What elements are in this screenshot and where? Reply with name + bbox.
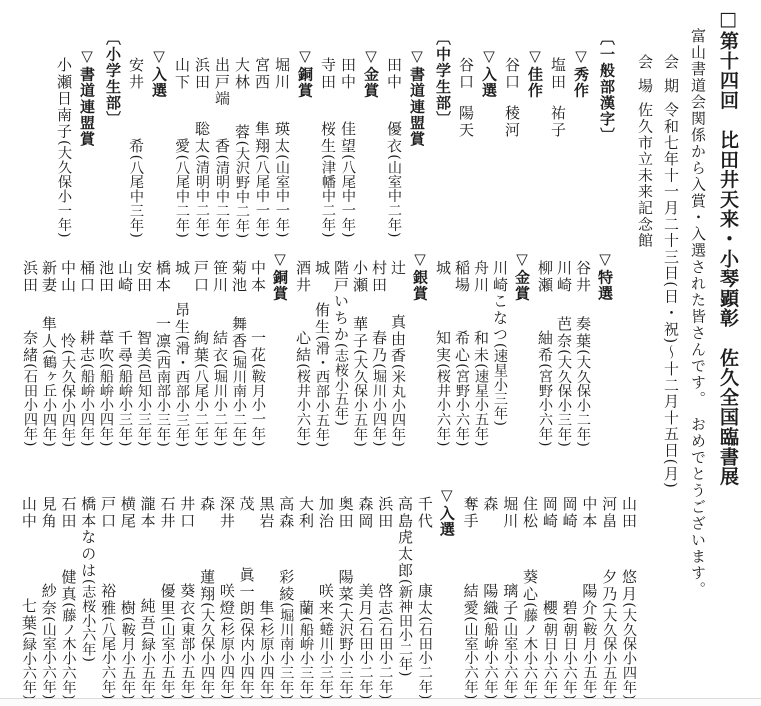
entry-school: (速星小五年) <box>473 364 489 447</box>
entry-surname: 森岡 <box>355 496 375 529</box>
entry-school: (大久保小五年) <box>601 602 617 700</box>
entry-surname: 稲場 <box>452 260 471 293</box>
entry-tail: 稜河 <box>502 105 522 138</box>
entry-given: 芭奈 <box>555 316 573 349</box>
entry-tail: 希(八尾中三年) <box>126 138 146 238</box>
entry-school: (山室小六年) <box>463 617 479 700</box>
entry-tail: 舞香(堀川南小二年) <box>229 316 248 447</box>
award-label: 金賞 <box>513 269 531 301</box>
entry-tail: 昂生(滑・西部小三年) <box>172 302 191 447</box>
entry-surname: 浜田 <box>374 496 394 529</box>
entry-school: (津幡中二年) <box>320 155 336 238</box>
award-entry: 中本一花(鞍月小一年) <box>248 250 267 447</box>
entry-given: 千尋 <box>116 330 134 363</box>
entry-school: (船峅小四年) <box>79 364 95 447</box>
entry-tail: 七葉(緑小六年) <box>18 598 38 700</box>
entry-given: 隼 <box>257 600 275 617</box>
entry-tail: 心結(桜井小六年) <box>293 330 312 447</box>
award-entry: 大利蘭(船峅小三年) <box>295 486 315 700</box>
triangle-marker-icon: ▽ <box>150 47 168 66</box>
entry-school: (新神田小二年) <box>397 579 413 677</box>
entry-surname: 高森 <box>275 496 295 529</box>
entry-given: 櫻 <box>541 600 559 617</box>
entry-tail: 啓志(石田小二年) <box>374 583 394 700</box>
entry-surname: 大利 <box>295 496 315 529</box>
award-entry: 石田健真(藤ノ木小六年) <box>58 486 78 700</box>
entry-given: 陽織 <box>481 583 499 616</box>
entry-tail: 陽織(船峅小六年) <box>480 583 500 700</box>
entry-given: 葵心 <box>521 569 539 602</box>
award-entry: 高森彩綾(堀川南小三年) <box>275 486 295 700</box>
entry-tail: (大久保小一年) <box>54 140 74 238</box>
entry-surname: 戸口 <box>97 496 117 529</box>
entry-tail: 蓮翔(大久保小四年) <box>196 569 216 700</box>
award-label: 銅賞 <box>271 269 289 301</box>
entry-tail: 香(清明中二年) <box>212 138 232 238</box>
award-label: 特選 <box>596 269 614 301</box>
award-label: 銅賞 <box>296 66 314 98</box>
entry-tail: 佳望(八尾中一年) <box>338 121 358 238</box>
award-entry: 森陽織(船峅小六年) <box>480 486 500 700</box>
award-entry: 見角紗奈(山室小六年) <box>38 486 58 700</box>
entry-school: (船峅小三年) <box>117 364 133 447</box>
entry-given: 彩綾 <box>277 569 295 602</box>
entry-tail: 隼翔(八尾中一年) <box>252 121 272 238</box>
meta-venue-label: 会場 <box>636 54 654 102</box>
entry-surname: 村田 <box>369 260 388 293</box>
award-entry: 山下愛(八尾中二年) <box>172 30 192 238</box>
entry-given: いちか <box>332 293 350 343</box>
award-entry: 石井優里(山室小五年) <box>157 486 177 700</box>
entry-surname: 田中 <box>384 57 404 90</box>
entry-school: (藤ノ木小六年) <box>60 602 76 700</box>
entry-tail: 聡太(清明中二年) <box>192 121 212 238</box>
entry-school: (滑・西部小三年) <box>174 335 190 447</box>
entry-given: 紬希 <box>536 330 554 363</box>
entry-given: 隼人 <box>40 316 58 349</box>
entry-given: 樹 <box>119 600 137 617</box>
entry-surname: 小瀬日南子 <box>54 57 74 140</box>
award-entry: 城侑生(滑・西部小五年) <box>312 250 331 447</box>
bottom-divider <box>0 698 761 706</box>
entry-tail: 蓉(大沢野中二年) <box>232 124 252 238</box>
award-entry: 岡崎櫻(朝日小六年) <box>539 486 559 700</box>
entry-surname: 城 <box>312 260 331 277</box>
entry-given: 葵衣 <box>178 583 196 616</box>
entry-surname: 城 <box>172 260 191 277</box>
award-entry: 田中佳望(八尾中一年) <box>338 30 358 238</box>
entry-school: (宮野小六年) <box>537 364 553 447</box>
entry-given: 陽菜 <box>337 569 355 602</box>
entry-tail: 優衣(山室中二年) <box>384 121 404 238</box>
award-header: ▽金賞 <box>509 250 535 447</box>
entry-school: (藤ノ木小六年) <box>522 602 538 700</box>
entry-tail: 葦吹(船峅小四年) <box>96 330 115 447</box>
award-label: 入選 <box>150 66 168 98</box>
award-label: 入選 <box>438 505 456 537</box>
entry-school: (石田小二年) <box>357 617 373 700</box>
entry-given: 一花 <box>249 330 267 363</box>
entry-surname: 谷口 <box>456 57 476 90</box>
entry-given: 奏葉 <box>574 316 592 349</box>
award-entry: 浜田啓志(石田小二年) <box>374 486 394 700</box>
entry-tail: 知実(桜井小六年) <box>433 330 452 447</box>
entry-school: (速星小三年) <box>492 343 508 426</box>
entry-surname: 黒岩 <box>256 496 276 529</box>
triangle-marker-icon: ▽ <box>296 47 314 66</box>
award-entry: 安井希(八尾中三年) <box>126 30 146 238</box>
entry-school: (桜井小六年) <box>435 364 451 447</box>
entry-given: 健真 <box>59 569 77 602</box>
entry-tail: 侑生(滑・西部小五年) <box>312 302 331 447</box>
entry-given: 虎太郎 <box>396 529 414 579</box>
award-label: 書道連盟賞 <box>408 66 426 147</box>
award-entry: 城昂生(滑・西部小三年) <box>172 250 191 447</box>
entry-tail: 咲燈(杉原小四年) <box>216 583 236 700</box>
entry-school: (山室中二年) <box>386 155 402 238</box>
entry-school: (八尾中三年) <box>128 155 144 238</box>
entry-tail: 蘭(船峅小三年) <box>295 600 315 700</box>
entry-given: 啓志 <box>376 583 394 616</box>
awards-band-middle: ▽特選谷井奏葉(大久保小二年)川崎芭奈(大久保小三年)柳瀬紬希(宮野小六年)▽金… <box>20 250 618 447</box>
entry-given: 愛 <box>173 138 191 155</box>
entry-tail: 耕志(船峅小四年) <box>77 330 96 447</box>
entry-tail: 千尋(船峅小三年) <box>115 330 134 447</box>
award-header: ▽銅賞 <box>267 250 293 447</box>
entry-given: 昂生 <box>173 302 191 335</box>
entry-given: 陽天 <box>457 105 475 138</box>
entry-given: 陽介 <box>580 583 598 616</box>
award-header: ▽入選 <box>434 486 460 700</box>
meta-period-value: 令和七年十一月二十三日(日・祝)〜十二月十五日(月) <box>662 102 680 489</box>
entry-given: 耕志 <box>78 330 96 363</box>
award-entry: 宮西隼翔(八尾中一年) <box>252 30 272 238</box>
entry-surname: 笹川 <box>210 260 229 293</box>
entry-school: (大久保小一年) <box>56 140 72 238</box>
entry-surname: 池田 <box>96 260 115 293</box>
entry-tail: 陽天 <box>456 105 476 138</box>
award-entry: 井口葵衣(東部小五年) <box>176 486 196 700</box>
award-entry: 出戸端香(清明中二年) <box>212 30 232 238</box>
award-entry: 山崎千尋(船峅小三年) <box>115 250 134 447</box>
award-entry: 桶口耕志(船峅小四年) <box>77 250 96 447</box>
award-entry: 田中優衣(山室中二年) <box>384 30 404 238</box>
entry-surname: 岡崎 <box>539 496 559 529</box>
entry-given: 夕乃 <box>600 569 618 602</box>
entry-tail: 瑛太(山室中一年) <box>272 121 292 238</box>
award-entry: 戸口絢葉(八尾小二年) <box>191 250 210 447</box>
award-entry: 黒岩隼(杉原小四年) <box>256 486 276 700</box>
entry-surname: 井口 <box>176 496 196 529</box>
entry-surname: 山崎 <box>115 260 134 293</box>
award-entry: 谷口陽天 <box>456 30 476 238</box>
award-entry: 小瀬日南子(大久保小一年) <box>54 30 74 238</box>
award-entry: 川崎芭奈(大久保小三年) <box>554 250 573 447</box>
entry-given: 蓮翔 <box>198 569 216 602</box>
entry-tail: 櫻(朝日小六年) <box>539 600 559 700</box>
entry-surname: 安田 <box>134 260 153 293</box>
award-entry: 谷井奏葉(大久保小二年) <box>573 250 592 447</box>
entry-surname: 寺田 <box>318 57 338 90</box>
entry-school: (鞍月小五年) <box>581 617 597 700</box>
award-label: 佳作 <box>526 66 544 98</box>
meta-venue-value: 佐久市立未来記念館 <box>636 102 654 249</box>
entry-surname: 奥田 <box>335 496 355 529</box>
entry-given: 璃子 <box>501 583 519 616</box>
newspaper-page: □第十四回 比田井天来・小琴顕彰 佐久全国臨書展 富山書道会関係から入賞・入選さ… <box>0 0 761 706</box>
award-header: ▽特選 <box>592 250 618 447</box>
entry-given: 純吾 <box>139 598 157 631</box>
entry-given: 華子 <box>351 316 369 349</box>
entry-school: (八尾中二年) <box>174 155 190 238</box>
entry-school: (石田小二年) <box>417 617 433 700</box>
entry-given: 咲来 <box>317 583 335 616</box>
entry-surname: 河畠 <box>598 496 618 529</box>
entry-given: 稜河 <box>503 105 521 138</box>
entry-tail: 咲来(蜷川小三年) <box>315 583 335 700</box>
award-entry: 谷口稜河 <box>502 30 522 238</box>
entry-tail: 奈緒(石田小四年) <box>20 330 39 447</box>
award-entry: 城知実(桜井小六年) <box>433 250 452 447</box>
entry-school: (船峅小六年) <box>482 617 498 700</box>
entry-school: (堀川小四年) <box>371 364 387 447</box>
entry-surname: 桶口 <box>77 260 96 293</box>
entry-tail: 愛(八尾中二年) <box>172 138 192 238</box>
triangle-marker-icon: ▽ <box>596 250 614 269</box>
entry-tail: 絢葉(八尾小二年) <box>191 330 210 447</box>
award-entry: 高島虎太郎(新神田小二年) <box>394 486 414 700</box>
entry-surname: 中山 <box>58 260 77 293</box>
entry-surname: 瀧本 <box>137 496 157 529</box>
entry-tail: 華子(大久保小五年) <box>350 316 369 447</box>
award-entry: 加治咲来(蜷川小三年) <box>315 486 335 700</box>
award-entry: 岡崎碧(朝日小六年) <box>559 486 579 700</box>
entry-surname: 高島 <box>394 496 414 529</box>
entry-school: (緑小五年) <box>140 631 156 700</box>
entry-given: 裕雅 <box>99 583 117 616</box>
page-title: □第十四回 比田井天来・小琴顕彰 佐久全国臨書展 <box>711 8 745 700</box>
entry-surname: 山田 <box>618 496 638 529</box>
award-entry: 住松葵心(藤ノ木小六年) <box>519 486 539 700</box>
entry-surname: 安井 <box>126 57 146 90</box>
entry-school: (八尾小六年) <box>100 617 116 700</box>
entry-surname: 石田 <box>58 496 78 529</box>
entry-tail: 陽介(鞍月小五年) <box>579 583 599 700</box>
entry-tail: 一凛(西南部小三年) <box>153 316 172 447</box>
triangle-marker-icon: ▽ <box>513 250 531 269</box>
triangle-marker-icon: ▽ <box>78 47 96 66</box>
entry-school: (保内小四年) <box>239 617 255 700</box>
entry-given: 隼翔 <box>253 121 271 154</box>
triangle-marker-icon: ▽ <box>271 250 289 269</box>
entry-school: (宮野小六年) <box>454 364 470 447</box>
award-entry: 柳瀬紬希(宮野小六年) <box>535 250 554 447</box>
entry-given: 智美 <box>135 330 153 363</box>
entry-tail: なのは(志桜小六年) <box>77 529 97 662</box>
entry-school: (八尾中一年) <box>340 155 356 238</box>
entry-given: 結衣 <box>211 330 229 363</box>
entry-school: (東部小五年) <box>179 617 195 700</box>
triangle-marker-icon: ▽ <box>526 47 544 66</box>
entry-surname: 横尾 <box>117 496 137 529</box>
square-bullet-icon: □ <box>717 8 739 31</box>
entry-given: 紗奈 <box>40 583 58 616</box>
entry-school: (鶴ヶ丘小四年) <box>41 349 57 447</box>
entry-surname: 深井 <box>216 496 236 529</box>
entry-given: なのは <box>79 529 97 579</box>
entry-tail: 結衣(堀川小二年) <box>210 330 229 447</box>
page-title-text: 第十四回 比田井天来・小琴顕彰 佐久全国臨書展 <box>717 31 739 486</box>
award-entry: 中山怜(大久保小四年) <box>58 250 77 447</box>
award-entry: 村田春乃(堀川小四年) <box>369 250 388 447</box>
entry-given: 七葉 <box>20 598 38 631</box>
entry-tail: 裕雅(八尾小六年) <box>97 583 117 700</box>
entry-tail: 彩綾(堀川南小三年) <box>275 569 295 700</box>
entry-surname: 浜田 <box>20 260 39 293</box>
entry-school: (杉原小四年) <box>219 617 235 700</box>
entry-tail: こなつ(速星小三年) <box>490 293 509 426</box>
entry-school: (山室小五年) <box>159 617 175 700</box>
entry-surname: 千代 <box>414 496 434 529</box>
entry-surname: 住松 <box>519 496 539 529</box>
entry-surname: 堀川 <box>499 496 519 529</box>
entry-tail: 紬希(宮野小六年) <box>535 330 554 447</box>
award-entry: 池田葦吹(船峅小四年) <box>96 250 115 447</box>
entry-surname: 山中 <box>18 496 38 529</box>
entry-tail: 眞一朗(保内小四年) <box>236 567 256 700</box>
entry-tail: 純吾(緑小五年) <box>137 598 157 700</box>
entry-tail: 碧(朝日小六年) <box>559 600 579 700</box>
entry-school: (大沢野中二年) <box>234 140 250 238</box>
entry-given: 優衣 <box>385 121 403 154</box>
entry-given: 蘭 <box>297 600 315 617</box>
entry-tail: 優里(山室小五年) <box>157 583 177 700</box>
entry-tail: 隼(杉原小四年) <box>256 600 276 700</box>
entry-tail: 隼人(鶴ヶ丘小四年) <box>39 316 58 447</box>
meta-period: 会期令和七年十一月二十三日(日・祝)〜十二月十五日(月) <box>658 54 684 700</box>
entry-given: 康太 <box>416 583 434 616</box>
entry-given: 和未 <box>472 330 490 363</box>
entry-school: (八尾中一年) <box>254 155 270 238</box>
entry-surname: 森 <box>196 496 216 513</box>
award-entry: 菊池舞香(堀川南小二年) <box>229 250 248 447</box>
award-entry: 浜田聡太(清明中二年) <box>192 30 212 238</box>
award-entry: 酒井心結(桜井小六年) <box>293 250 312 447</box>
entry-school: (朝日小六年) <box>542 617 558 700</box>
entry-surname: 階戸 <box>331 260 350 293</box>
entry-tail: 春乃(堀川小四年) <box>369 330 388 447</box>
entry-surname: 山下 <box>172 57 192 90</box>
entry-school: (堀川南小三年) <box>278 602 294 700</box>
award-label: 銀賞 <box>411 269 429 301</box>
award-entry: 新妻隼人(鶴ヶ丘小四年) <box>39 250 58 447</box>
award-entry: 千代康太(石田小二年) <box>414 486 434 700</box>
entry-school: (大久保小四年) <box>199 602 215 700</box>
entry-surname: 石井 <box>157 496 177 529</box>
triangle-marker-icon: ▽ <box>411 250 429 269</box>
entry-school: (西南部小三年) <box>155 349 171 447</box>
award-entry: 堀川瑛太(山室中一年) <box>272 30 292 238</box>
entry-tail: 桜生(津幡中二年) <box>318 121 338 238</box>
entry-given: 碧 <box>561 600 579 617</box>
award-entry: 安田智美(邑知小三年) <box>134 250 153 447</box>
awards-band-lower: 山田悠月(大久保小四年)河畠夕乃(大久保小五年)中本陽介(鞍月小五年)岡崎碧(朝… <box>18 486 638 700</box>
entry-given: 絢葉 <box>192 330 210 363</box>
award-entry: 辻真由香(米丸小四年) <box>388 250 407 447</box>
award-entry: 横尾樹(鞍月小五年) <box>117 486 137 700</box>
entry-school: (清明中二年) <box>194 155 210 238</box>
entry-tail: 祐子 <box>548 105 568 138</box>
entry-surname: 宮西 <box>252 57 272 90</box>
entry-given: 真由香 <box>389 314 407 364</box>
entry-school: (杉原小四年) <box>258 617 274 700</box>
triangle-marker-icon: ▽ <box>438 486 456 505</box>
award-entry: 深井咲燈(杉原小四年) <box>216 486 236 700</box>
entry-tail: 怜(大久保小四年) <box>58 333 77 447</box>
award-entry: 川崎こなつ(速星小三年) <box>490 250 509 447</box>
entry-surname: 中本 <box>248 260 267 293</box>
entry-surname: 酒井 <box>293 260 312 293</box>
entry-tail: 健真(藤ノ木小六年) <box>58 569 78 700</box>
entry-tail: 智美(邑知小三年) <box>134 330 153 447</box>
award-header: ▽書道連盟賞 <box>404 30 430 238</box>
entry-tail: 芭奈(大久保小三年) <box>554 316 573 447</box>
entry-given: 眞一朗 <box>238 567 256 617</box>
triangle-marker-icon: ▽ <box>362 47 380 66</box>
entry-given: 優里 <box>158 583 176 616</box>
entry-school: (大久保小五年) <box>352 349 368 447</box>
entry-tail: 虎太郎(新神田小二年) <box>394 529 414 677</box>
entry-given: 心結 <box>294 330 312 363</box>
entry-school: (大久保小三年) <box>556 349 572 447</box>
entry-given: 咲燈 <box>218 583 236 616</box>
entry-school: (船峅小四年) <box>98 364 114 447</box>
entry-school: (朝日小六年) <box>562 617 578 700</box>
entry-given: 怜 <box>59 333 77 350</box>
intro-text: 富山書道会関係から入賞・入選された皆さんです。 おめでとうございます。 <box>684 28 711 700</box>
entry-surname: 川崎 <box>554 260 573 293</box>
entry-given: 葦吹 <box>97 330 115 363</box>
entry-surname: 新妻 <box>39 260 58 293</box>
meta-period-label: 会期 <box>662 54 680 102</box>
award-entry: 奥田陽菜(大沢野小三年) <box>335 486 355 700</box>
award-header: ▽銅賞 <box>292 30 318 238</box>
entry-given: 希 <box>127 138 145 155</box>
entry-given: 瑛太 <box>273 121 291 154</box>
award-entry: 橋本一凛(西南部小三年) <box>153 250 172 447</box>
triangle-marker-icon: ▽ <box>480 47 498 66</box>
entry-tail: 真由香(米丸小四年) <box>388 314 407 447</box>
entry-tail: 夕乃(大久保小五年) <box>598 569 618 700</box>
awards-band-upper: 〔一般部漢字〕▽秀作塩田祐子▽佳作谷口稜河▽入選谷口陽天〔中学生部〕▽書道連盟賞… <box>54 30 620 238</box>
award-entry: 奪手結愛(山室小六年) <box>460 486 480 700</box>
entry-tail: 一花(鞍月小一年) <box>248 330 267 447</box>
entry-tail: 陽菜(大沢野小三年) <box>335 569 355 700</box>
award-entry: 瀧本純吾(緑小五年) <box>137 486 157 700</box>
entry-given: 香 <box>213 138 231 155</box>
entry-tail: 康太(石田小二年) <box>414 583 434 700</box>
award-entry: 森蓮翔(大久保小四年) <box>196 486 216 700</box>
entry-given: 結愛 <box>462 583 480 616</box>
entry-surname: 出戸端 <box>212 57 232 107</box>
entry-tail: 葵心(藤ノ木小六年) <box>519 569 539 700</box>
entry-school: (船峅小三年) <box>298 617 314 700</box>
award-entry: 稲場希心(宮野小六年) <box>452 250 471 447</box>
entry-given: 一凛 <box>154 316 172 349</box>
entry-school: (志桜小六年) <box>80 579 96 662</box>
entry-given: こなつ <box>491 293 509 343</box>
entry-surname: 小瀬 <box>350 260 369 293</box>
